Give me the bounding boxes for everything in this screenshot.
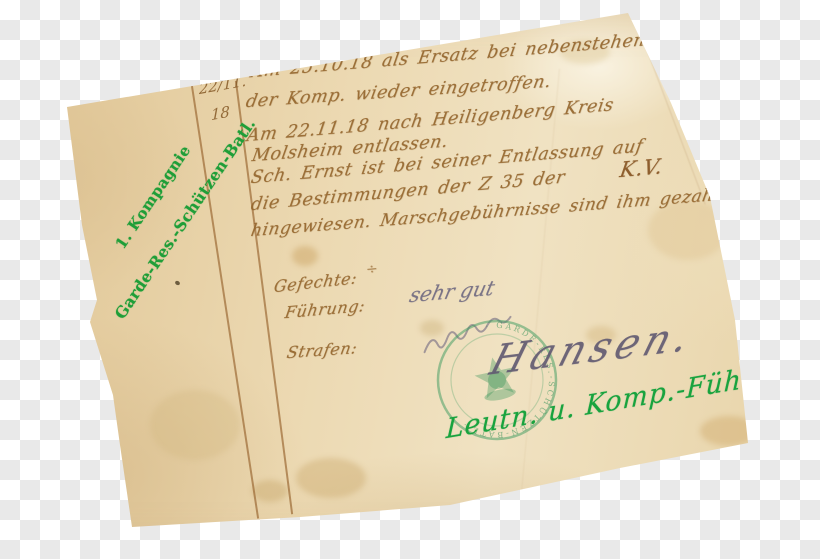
document-paper: 22/11. 18 1. Kompagnie Garde-Res.-Schütz… [0, 0, 820, 559]
paper-edge-shading [0, 0, 820, 559]
transparent-canvas: 22/11. 18 1. Kompagnie Garde-Res.-Schütz… [0, 0, 820, 559]
